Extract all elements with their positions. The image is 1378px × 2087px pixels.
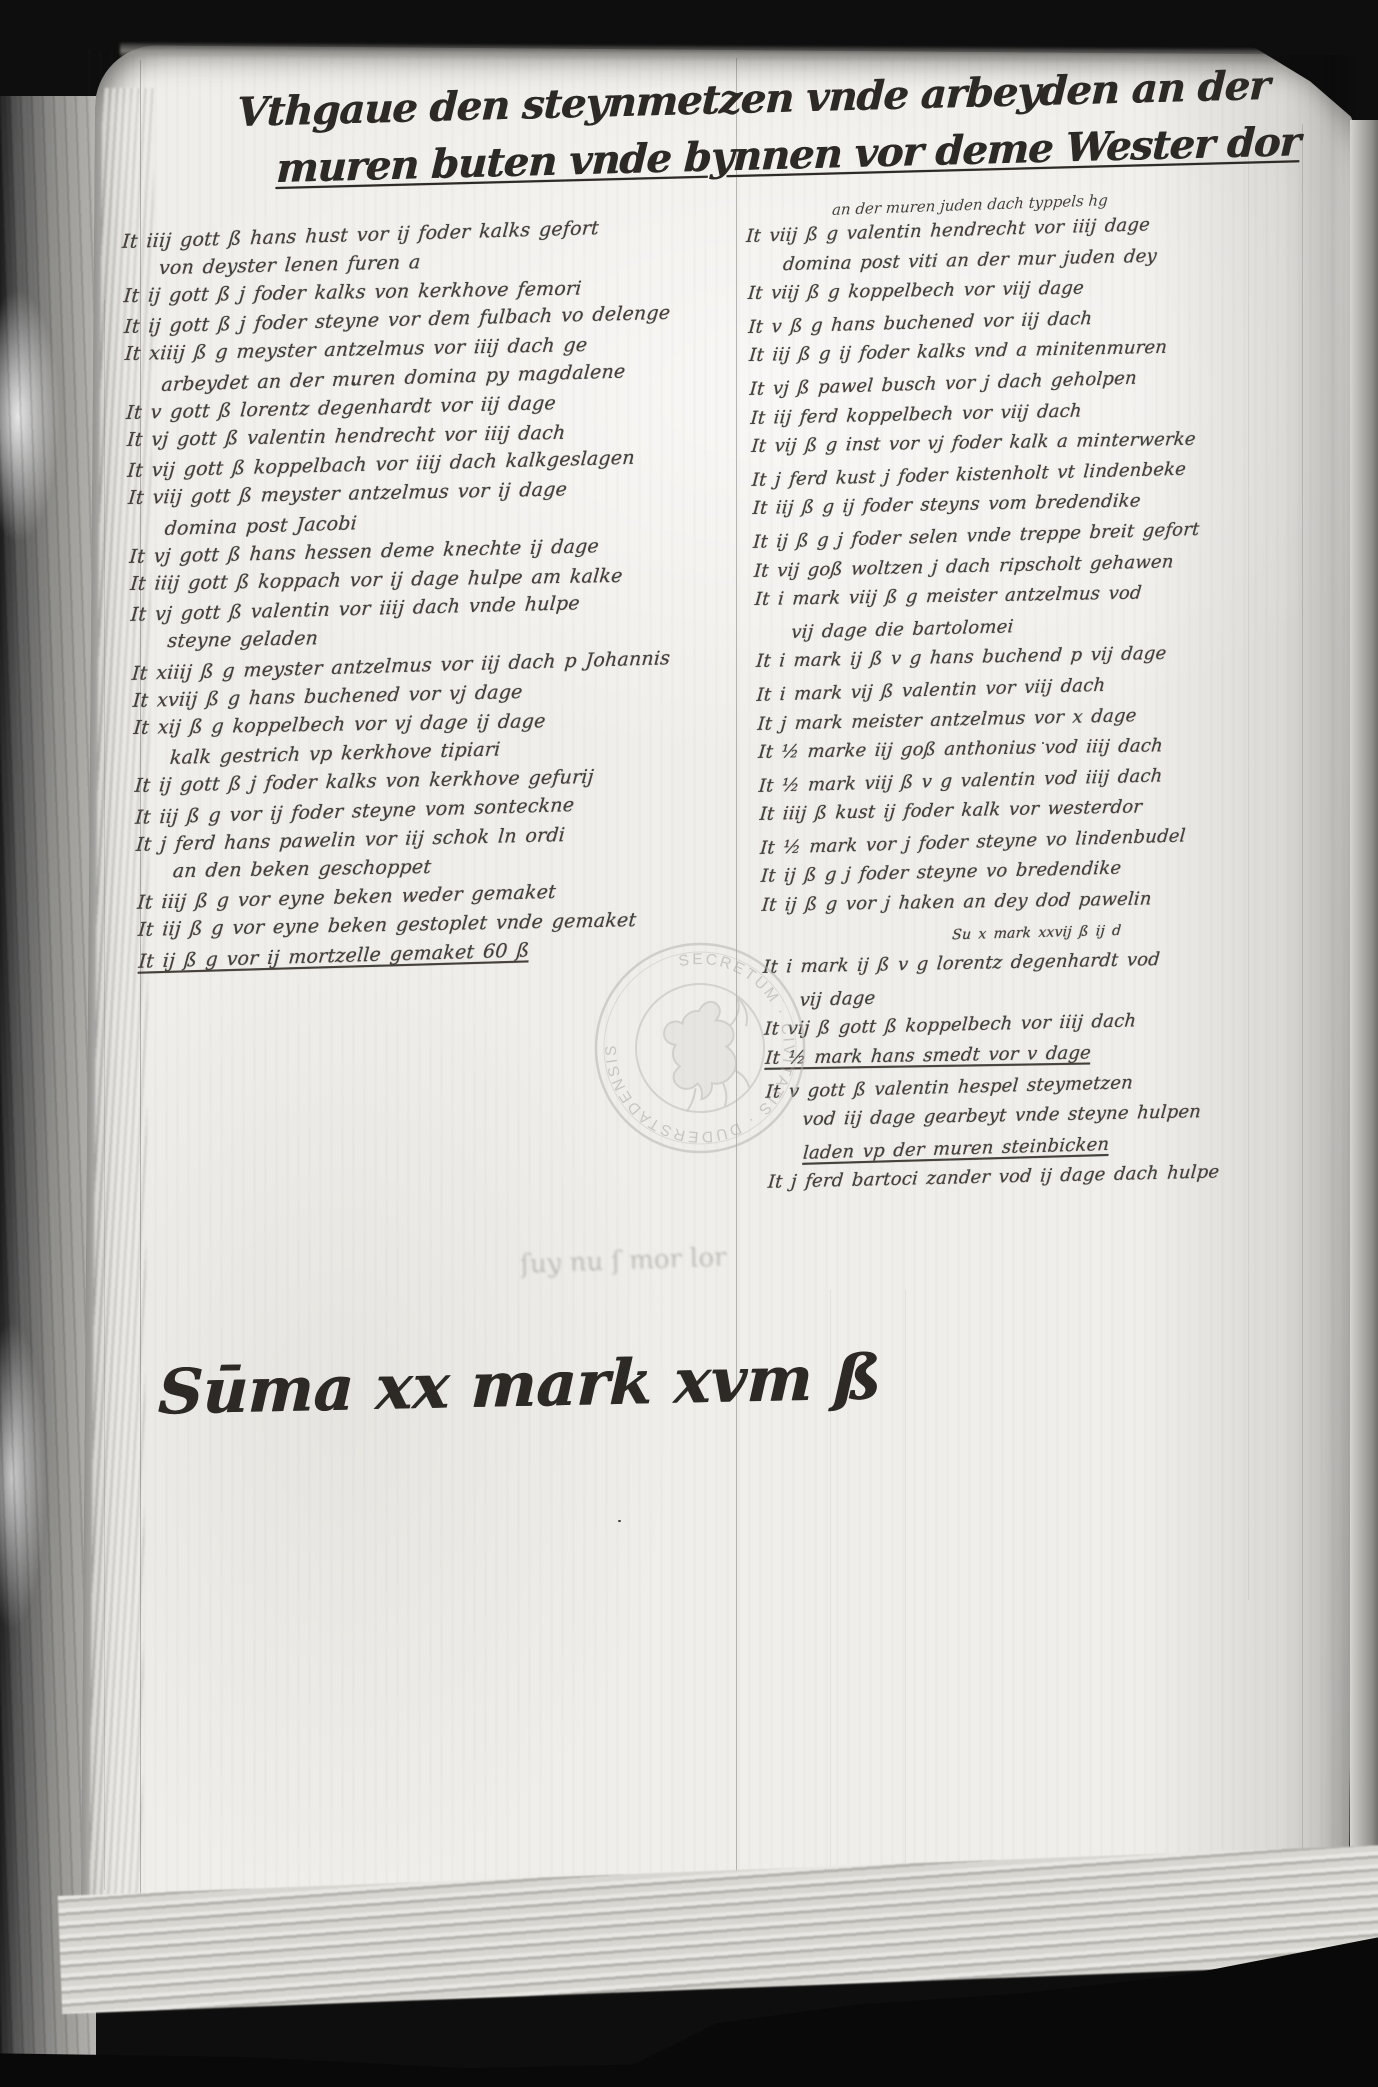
dust-speck [618, 1520, 621, 1522]
ruled-line-lower-b [905, 1290, 906, 1950]
dust-speck [352, 382, 355, 385]
manuscript-photo: Vthgaue den steynmetzen vnde arbeyden an… [0, 0, 1378, 2087]
summa-total-line: Sūma xx mark xvm ß [157, 1340, 882, 1428]
ledger-column-right: It viij ß g valentin hendrecht vor iiij … [746, 206, 1378, 1199]
ledger-column-left: It iiij gott ß hans hust vor ij foder ka… [122, 212, 751, 974]
lion-emblem [658, 994, 767, 1116]
dust-speck [1042, 742, 1044, 744]
ruled-line-left-outer [104, 300, 105, 1890]
